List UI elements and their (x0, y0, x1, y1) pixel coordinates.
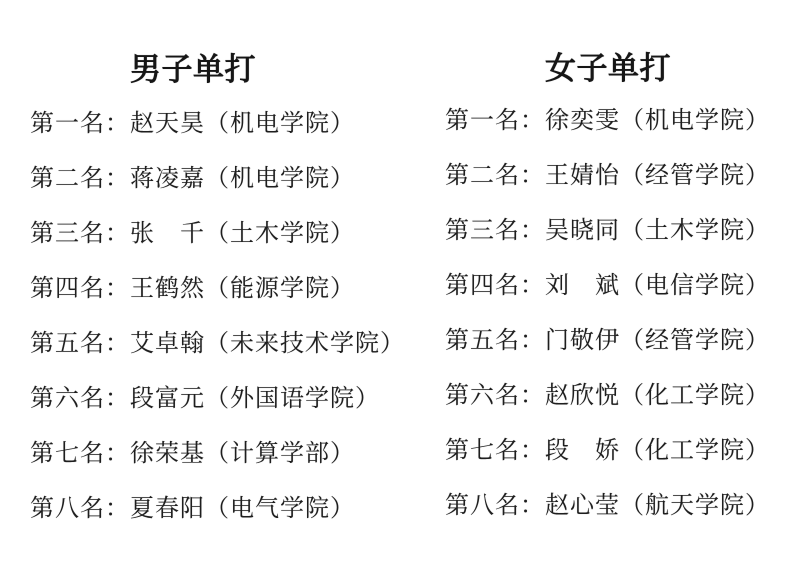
rank-label: 第二名： (30, 166, 130, 192)
rank-label: 第八名： (445, 493, 545, 519)
list-item: 第八名：夏春阳（电气学院） (30, 497, 405, 521)
list-item: 第五名：艾卓翰（未来技术学院） (30, 332, 405, 356)
rank-label: 第六名： (445, 383, 545, 409)
player-name: 徐奕雯 (545, 108, 620, 134)
rank-label: 第四名： (445, 273, 545, 299)
player-name: 王鹤然 (130, 276, 205, 302)
womens-singles-title: 女子单打 (545, 53, 671, 84)
college-label: （机电学院） (620, 108, 770, 134)
rank-label: 第五名： (445, 328, 545, 354)
rank-label: 第七名： (30, 441, 130, 467)
player-name: 段富元 (130, 386, 205, 412)
rank-label: 第七名： (445, 438, 545, 464)
rank-label: 第一名： (445, 108, 545, 134)
list-item: 第三名：张 千（土木学院） (30, 222, 405, 246)
womens-singles-list: 第一名：徐奕雯（机电学院） 第二名：王婧怡（经管学院） 第三名：吴晓同（土木学院… (445, 109, 770, 518)
college-label: （机电学院） (205, 166, 355, 192)
college-label: （机电学院） (205, 111, 355, 137)
college-label: （经管学院） (620, 163, 770, 189)
list-item: 第五名：门敬伊（经管学院） (445, 329, 770, 353)
college-label: （电气学院） (205, 496, 355, 522)
list-item: 第七名：段 娇（化工学院） (445, 439, 770, 463)
rank-label: 第三名： (445, 218, 545, 244)
results-document-page: 男子单打 女子单打 第一名：赵天昊（机电学院） 第二名：蒋凌嘉（机电学院） 第三… (0, 0, 799, 581)
mens-singles-title: 男子单打 (130, 54, 256, 85)
player-name: 赵欣悦 (545, 383, 620, 409)
college-label: （土木学院） (205, 221, 355, 247)
player-name: 段 娇 (545, 438, 620, 464)
player-name: 艾卓翰 (130, 331, 205, 357)
list-item: 第一名：徐奕雯（机电学院） (445, 109, 770, 133)
rank-label: 第一名： (30, 111, 130, 137)
college-label: （化工学院） (620, 438, 770, 464)
mens-singles-list: 第一名：赵天昊（机电学院） 第二名：蒋凌嘉（机电学院） 第三名：张 千（土木学院… (30, 112, 405, 521)
player-name: 刘 斌 (545, 273, 620, 299)
college-label: （能源学院） (205, 276, 355, 302)
rank-label: 第三名： (30, 221, 130, 247)
list-item: 第二名：蒋凌嘉（机电学院） (30, 167, 405, 191)
list-item: 第八名：赵心莹（航天学院） (445, 494, 770, 518)
list-item: 第一名：赵天昊（机电学院） (30, 112, 405, 136)
player-name: 蒋凌嘉 (130, 166, 205, 192)
college-label: （土木学院） (620, 218, 770, 244)
list-item: 第七名：徐荣基（计算学部） (30, 442, 405, 466)
player-name: 徐荣基 (130, 441, 205, 467)
list-item: 第四名：刘 斌（电信学院） (445, 274, 770, 298)
list-item: 第六名：段富元（外国语学院） (30, 387, 405, 411)
player-name: 门敬伊 (545, 328, 620, 354)
list-item: 第四名：王鹤然（能源学院） (30, 277, 405, 301)
player-name: 赵天昊 (130, 111, 205, 137)
college-label: （未来技术学院） (205, 331, 405, 357)
rank-label: 第二名： (445, 163, 545, 189)
rank-label: 第八名： (30, 496, 130, 522)
player-name: 赵心莹 (545, 493, 620, 519)
list-item: 第二名：王婧怡（经管学院） (445, 164, 770, 188)
college-label: （电信学院） (620, 273, 770, 299)
college-label: （化工学院） (620, 383, 770, 409)
rank-label: 第四名： (30, 276, 130, 302)
college-label: （经管学院） (620, 328, 770, 354)
list-item: 第三名：吴晓同（土木学院） (445, 219, 770, 243)
player-name: 王婧怡 (545, 163, 620, 189)
rank-label: 第六名： (30, 386, 130, 412)
college-label: （外国语学院） (205, 386, 380, 412)
player-name: 夏春阳 (130, 496, 205, 522)
player-name: 张 千 (130, 221, 205, 247)
college-label: （航天学院） (620, 493, 770, 519)
college-label: （计算学部） (205, 441, 355, 467)
player-name: 吴晓同 (545, 218, 620, 244)
rank-label: 第五名： (30, 331, 130, 357)
list-item: 第六名：赵欣悦（化工学院） (445, 384, 770, 408)
